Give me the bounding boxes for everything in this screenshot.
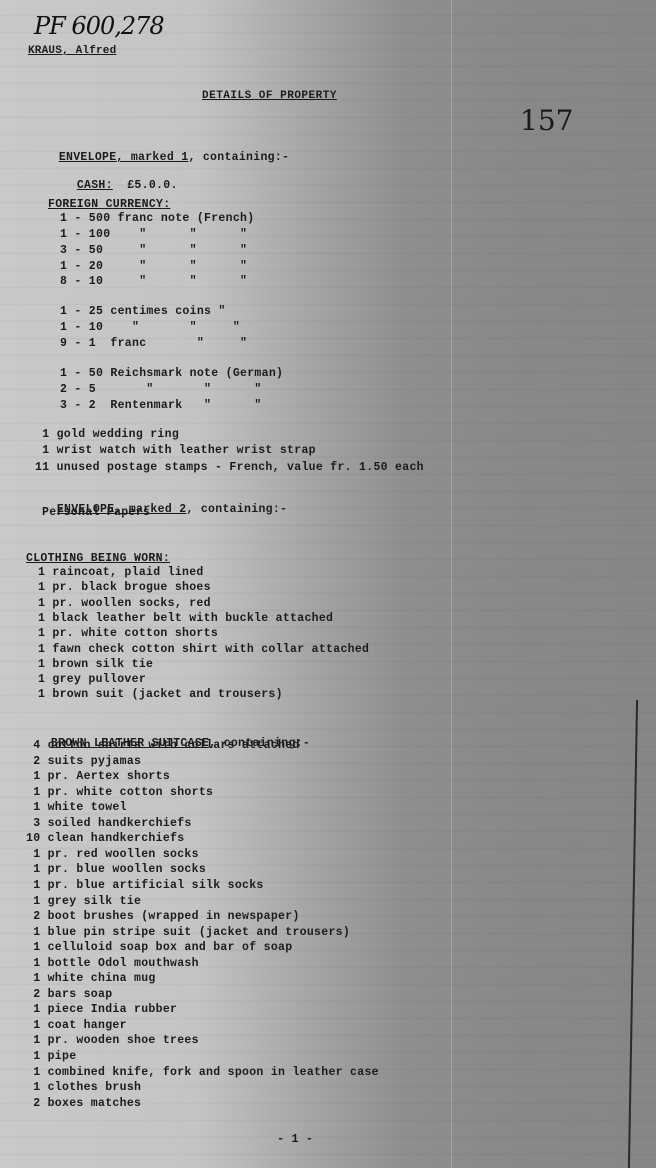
list-item: 1 pr. black brogue shoes	[38, 581, 211, 594]
list-item: 1 pr. blue artificial silk socks	[26, 879, 264, 892]
fold-line	[451, 0, 452, 1168]
document-title: DETAILS OF PROPERTY	[202, 90, 337, 102]
page-edge	[628, 700, 638, 1168]
list-item: 1 - 25 centimes coins "	[60, 305, 226, 318]
list-item: 10 clean handkerchiefs	[26, 832, 184, 845]
list-item: 1 white towel	[26, 801, 127, 814]
list-item: 9 - 1 franc " "	[60, 337, 247, 350]
list-item: 2 - 5 " " "	[60, 383, 262, 396]
list-item: 1 grey pullover	[38, 673, 146, 686]
list-item: 1 pr. Aertex shorts	[26, 770, 170, 783]
page-number: - 1 -	[277, 1132, 313, 1146]
list-item: 1 raincoat, plaid lined	[38, 566, 204, 579]
list-item: 1 clothes brush	[26, 1081, 141, 1094]
list-item: 1 pr. red woollen socks	[26, 848, 199, 861]
list-item: 1 white china mug	[26, 972, 156, 985]
handwritten-folio-number: 157	[520, 104, 573, 137]
list-item: 1 grey silk tie	[26, 895, 141, 908]
list-item: 1 wrist watch with leather wrist strap	[35, 444, 316, 457]
list-item: 2 suits pyjamas	[26, 755, 141, 768]
list-item: 1 fawn check cotton shirt with collar at…	[38, 643, 369, 656]
foreign-currency-heading: FOREIGN CURRENCY:	[48, 198, 170, 211]
list-item: 2 boxes matches	[26, 1097, 141, 1110]
list-item: 2 bars soap	[26, 988, 112, 1001]
list-item: 1 pr. white cotton shorts	[26, 786, 213, 799]
list-item: 1 - 50 Reichsmark note (German)	[60, 367, 283, 380]
document-page: PF 600,278 157 KRAUS, Alfred DETAILS OF …	[0, 0, 656, 1168]
list-item: 1 - 20 " " "	[60, 260, 247, 273]
list-item: 1 pr. woollen socks, red	[38, 597, 211, 610]
envelope-2-item: Personal Papers	[42, 506, 150, 519]
person-name: KRAUS, Alfred	[28, 45, 116, 57]
list-item: 2 boot brushes (wrapped in newspaper)	[26, 910, 300, 923]
cash-value: £5.0.0.	[127, 179, 177, 192]
list-item: 1 - 10 " " "	[60, 321, 240, 334]
handwritten-reference: PF 600,278	[34, 12, 164, 40]
list-item: 1 combined knife, fork and spoon in leat…	[26, 1066, 379, 1079]
list-item: 3 - 2 Rentenmark " "	[60, 399, 262, 412]
list-item: 1 blue pin stripe suit (jacket and trous…	[26, 926, 350, 939]
list-item: 1 pr. blue woollen socks	[26, 863, 206, 876]
cash-label: CASH:	[77, 179, 113, 192]
list-item: 8 - 10 " " "	[60, 275, 247, 288]
clothing-heading: CLOTHING BEING WORN:	[26, 552, 170, 565]
list-item: 1 coat hanger	[26, 1019, 127, 1032]
list-item: 1 - 100 " " "	[60, 228, 247, 241]
list-item: 1 celluloid soap box and bar of soap	[26, 941, 292, 954]
list-item: 3 - 50 " " "	[60, 244, 247, 257]
list-item: 1 bottle Odol mouthwash	[26, 957, 199, 970]
list-item: 1 piece India rubber	[26, 1003, 177, 1016]
list-item: 1 gold wedding ring	[35, 428, 179, 441]
list-item: 1 pr. wooden shoe trees	[26, 1034, 199, 1047]
list-item: 11 unused postage stamps - French, value…	[35, 461, 424, 474]
list-item: 1 - 500 franc note (French)	[60, 212, 254, 225]
list-item: 1 brown suit (jacket and trousers)	[38, 688, 283, 701]
list-item: 3 soiled handkerchiefs	[26, 817, 192, 830]
list-item: 4 cotton shirts with collars attached	[26, 739, 300, 752]
list-item: 1 brown silk tie	[38, 658, 153, 671]
list-item: 1 pr. white cotton shorts	[38, 627, 218, 640]
list-item: 1 pipe	[26, 1050, 76, 1063]
list-item: 1 black leather belt with buckle attache…	[38, 612, 333, 625]
